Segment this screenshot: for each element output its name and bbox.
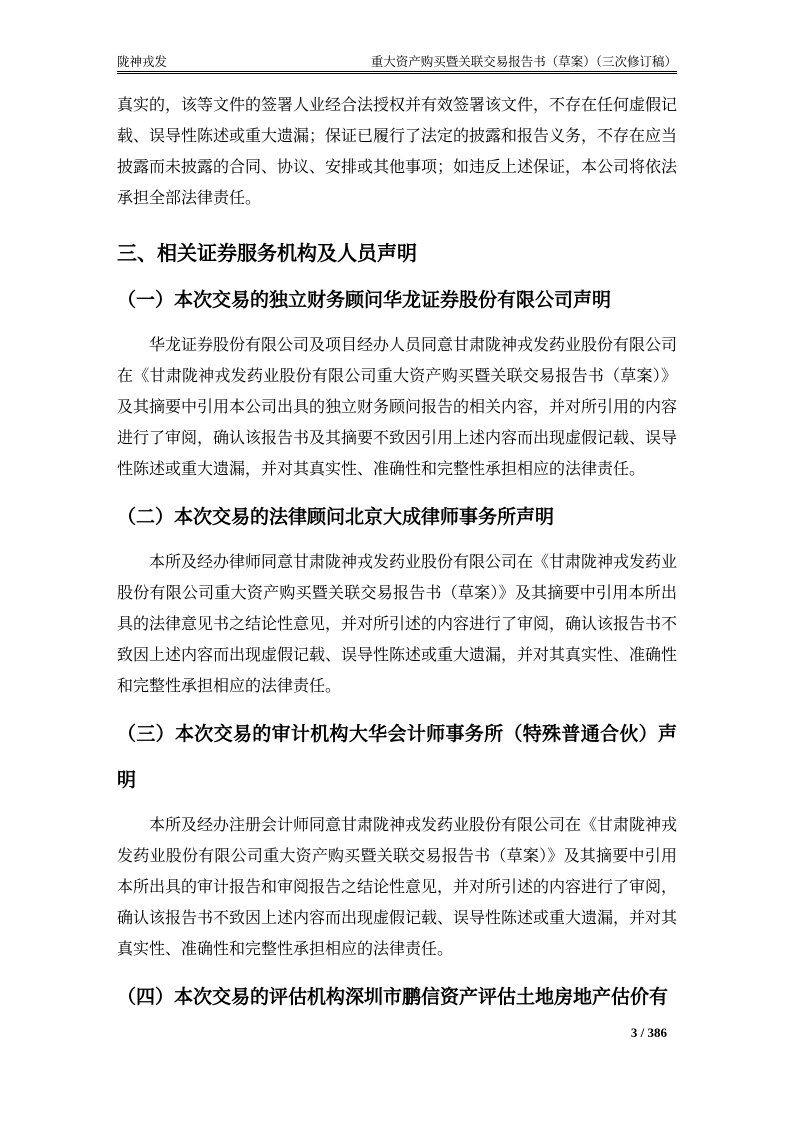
subsection-2-body: 本所及经办律师同意甘肃陇神戎发药业股份有限公司在《甘肃陇神戎发药业股份有限公司重…: [117, 547, 677, 702]
subsection-3-heading: （三）本次交易的审计机构大华会计师事务所（特殊普通合伙）声明: [117, 712, 677, 804]
subsection-1: （一）本次交易的独立财务顾问华龙证券股份有限公司声明 华龙证券股份有限公司及项目…: [117, 278, 677, 485]
subsection-2: （二）本次交易的法律顾问北京大成律师事务所声明 本所及经办律师同意甘肃陇神戎发药…: [117, 495, 677, 702]
continued-paragraph: 真实的，该等文件的签署人业经合法授权并有效签署该文件，不存在任何虚假记载、误导性…: [117, 90, 677, 214]
page-footer: 3 / 386: [117, 1025, 667, 1041]
page-number: 3 / 386: [631, 1025, 667, 1040]
subsection-1-heading: （一）本次交易的独立财务顾问华龙证券股份有限公司声明: [117, 278, 677, 324]
header-document-title: 重大资产购买暨关联交易报告书（草案）（三次修订稿）: [371, 54, 677, 70]
subsection-3-body: 本所及经办注册会计师同意甘肃陇神戎发药业股份有限公司在《甘肃陇神戎发药业股份有限…: [117, 810, 677, 965]
page-content: 真实的，该等文件的签署人业经合法授权并有效签署该文件，不存在任何虚假记载、误导性…: [117, 74, 677, 1027]
document-page: 陇神戎发 重大资产购买暨关联交易报告书（草案）（三次修订稿） 真实的，该等文件的…: [0, 0, 793, 1122]
subsection-3: （三）本次交易的审计机构大华会计师事务所（特殊普通合伙）声明 本所及经办注册会计…: [117, 712, 677, 965]
subsection-4-heading: （四）本次交易的评估机构深圳市鹏信资产评估土地房地产估价有: [117, 975, 677, 1021]
page-header: 陇神戎发 重大资产购买暨关联交易报告书（草案）（三次修订稿）: [117, 54, 677, 74]
section-heading: 三、相关证券服务机构及人员声明: [117, 240, 677, 268]
subsection-2-heading: （二）本次交易的法律顾问北京大成律师事务所声明: [117, 495, 677, 541]
header-company-name: 陇神戎发: [117, 54, 167, 70]
subsection-4: （四）本次交易的评估机构深圳市鹏信资产评估土地房地产估价有: [117, 975, 677, 1021]
subsection-1-body: 华龙证券股份有限公司及项目经办人员同意甘肃陇神戎发药业股份有限公司在《甘肃陇神戎…: [117, 330, 677, 485]
